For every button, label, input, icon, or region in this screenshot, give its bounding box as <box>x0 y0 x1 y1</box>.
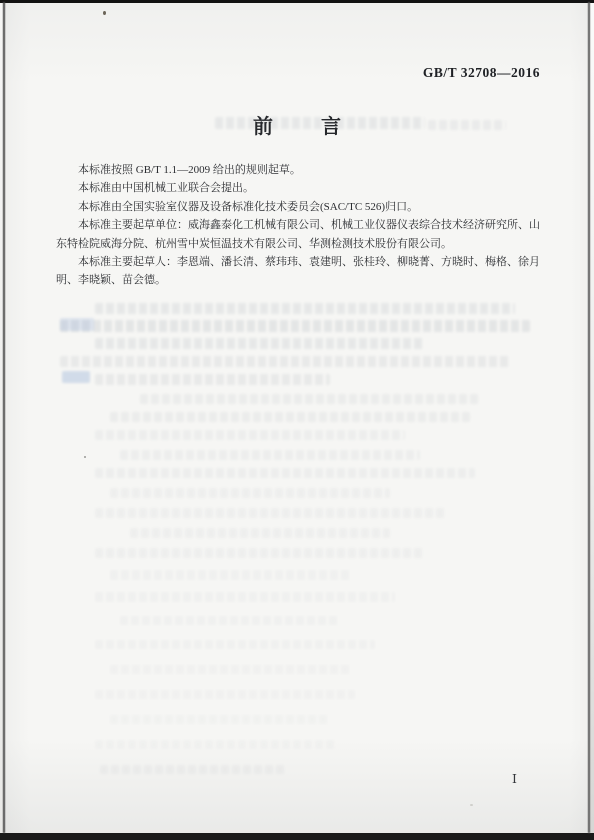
foreword-title: 前言 <box>0 110 594 139</box>
bleed-through-blue-mark <box>62 371 90 383</box>
scan-edge-left <box>3 2 5 833</box>
scan-edge-bottom <box>0 833 594 840</box>
scanned-document-page: GB/T 32708—2016 前言 本标准按照 GB/T 1.1—2009 给… <box>0 0 594 840</box>
foreword-body: 本标准按照 GB/T 1.1—2009 给出的规则起草。 本标准由中国机械工业联… <box>56 161 540 290</box>
foreword-paragraph: 本标准主要起草单位：威海鑫泰化工机械有限公司、机械工业仪器仪表综合技术经济研究所… <box>56 216 540 253</box>
standard-code: GB/T 32708—2016 <box>423 65 540 81</box>
page-number: Ⅰ <box>512 771 517 787</box>
dust-speck <box>470 804 473 806</box>
dust-speck <box>84 456 86 458</box>
foreword-paragraph: 本标准由全国实验室仪器及设备标准化技术委员会(SAC/TC 526)归口。 <box>56 198 540 216</box>
foreword-paragraph: 本标准主要起草人：李恩端、潘长清、蔡玮玮、袁建明、张桂玲、柳晓菁、方晓时、梅格、… <box>56 253 540 290</box>
foreword-paragraph: 本标准按照 GB/T 1.1—2009 给出的规则起草。 <box>56 161 540 179</box>
bleed-through-blue-mark <box>60 318 94 331</box>
scan-edge-top <box>0 0 594 3</box>
scan-edge-right <box>588 2 590 833</box>
scan-edge-right-outer <box>590 0 594 840</box>
foreword-paragraph: 本标准由中国机械工业联合会提出。 <box>56 179 540 197</box>
dust-speck <box>103 11 106 15</box>
